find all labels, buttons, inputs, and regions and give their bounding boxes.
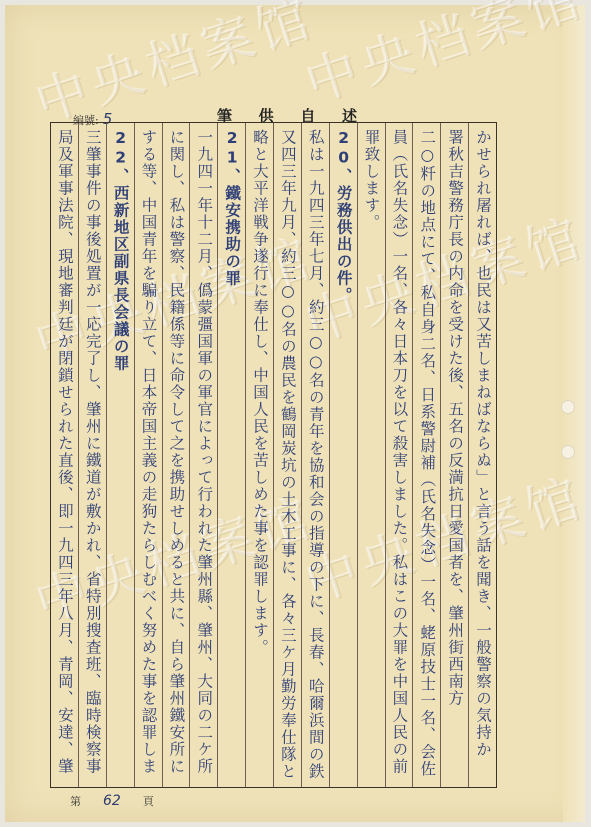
page-number: 62 <box>103 793 121 809</box>
text-column: 略と大平洋戦争遂行に奉仕し、中国人民を苦しめた事を認罪します。 <box>245 123 273 787</box>
watermark: 中央档案馆 <box>295 0 591 116</box>
section-heading-column: 22、西新地区副県長会議の罪 <box>106 123 134 787</box>
manuscript-grid: かせられ屠れば、也民は又苦しまねばならぬ」と言う話を聞き、一般警察の気持から、省… <box>50 122 497 788</box>
column-text: 又四三年九月、約三○○名の農民を鶴岡炭坑の土木工事に、各々三ケ月勤労奉仕隊として… <box>273 129 297 780</box>
column-text: 一九四一年十二月、僞蒙彊国軍の軍官によって行われた肇州縣、肇州、大同の二ケ所に於… <box>189 129 213 775</box>
text-column: 罪致します。 <box>357 123 385 787</box>
column-text: 局及軍事法院、現地審判廷が閉鎖せられた直後、即一九四三年八月、青岡、安達、肇東、… <box>51 129 74 775</box>
section-heading-column: 21、鐵安携助の罪 <box>217 123 245 787</box>
text-column: 員（氏名失念）一名、各々日本刀を以て殺害しました。私はこの大罪を中国人民の前に認 <box>385 123 413 787</box>
text-column: 又四三年九月、約三○○名の農民を鶴岡炭坑の土木工事に、各々三ケ月勤労奉仕隊として… <box>273 123 301 787</box>
column-text: に関し、私は警察、民籍係等に命令して之を携助せしめると共に、自ら肇州鐵安所に至り… <box>162 129 186 775</box>
column-text: する等、中国青年を騙り立て、日本帝国主義の走狗たらしむべく努めた事を認罪します。 <box>134 129 158 775</box>
text-column: 局及軍事法院、現地審判廷が閉鎖せられた直後、即一九四三年八月、青岡、安達、肇東、… <box>51 123 78 787</box>
page-suffix: 頁 <box>143 793 154 809</box>
column-text: かせられ屠れば、也民は又苦しまねばならぬ」と言う話を聞き、一般警察の気持から、省… <box>468 129 492 758</box>
punch-hole <box>561 400 575 414</box>
text-column: 一九四一年十二月、僞蒙彊国軍の軍官によって行われた肇州縣、肇州、大同の二ケ所に於… <box>189 123 217 787</box>
text-column: 署秋吉警務庁長の内命を受けた後、五名の反満抗日愛国者を、肇州街西南方 <box>440 123 468 787</box>
column-text: 21、鐵安携助の罪 <box>223 129 241 287</box>
text-column: する等、中国青年を騙り立て、日本帝国主義の走狗たらしむべく努めた事を認罪します。 <box>134 123 162 787</box>
column-text: 20、労務供出の件。 <box>335 129 353 304</box>
column-text: 略と大平洋戦争遂行に奉仕し、中国人民を苦しめた事を認罪します。 <box>251 129 269 656</box>
text-column: 私は一九四三年七月、約三○○名の青年を協和会の指導の下に、長春、哈爾浜間の鉄道複… <box>301 123 329 787</box>
page-footer: 第 62 頁 <box>70 793 154 809</box>
column-text: 二○粁の地点にて、私自身二名、日系警尉補（氏名失念）一名、蛯原技士一名、会佐社々 <box>412 129 436 778</box>
column-text: 三肇事件の事後処置が一応完了し、肇州に鐵道が敷かれ、省特別搜査班、臨時検察事務 <box>78 129 102 775</box>
page-prefix: 第 <box>70 793 81 809</box>
section-heading-column: 20、労務供出の件。 <box>329 123 357 787</box>
column-text: 罪致します。 <box>363 129 381 231</box>
punch-hole <box>561 445 575 459</box>
column-text: 員（氏名失念）一名、各々日本刀を以て殺害しました。私はこの大罪を中国人民の前に認 <box>385 129 409 775</box>
column-text: 22、西新地区副県長会議の罪 <box>112 129 130 372</box>
text-column: 三肇事件の事後処置が一応完了し、肇州に鐵道が敷かれ、省特別搜査班、臨時検察事務 <box>78 123 106 787</box>
text-column: かせられ屠れば、也民は又苦しまねばならぬ」と言う話を聞き、一般警察の気持から、省… <box>468 123 496 787</box>
column-text: 私は一九四三年七月、約三○○名の青年を協和会の指導の下に、長春、哈爾浜間の鉄道複… <box>301 129 325 780</box>
text-column: 二○粁の地点にて、私自身二名、日系警尉補（氏名失念）一名、蛯原技士一名、会佐社々 <box>412 123 440 787</box>
text-column: に関し、私は警察、民籍係等に命令して之を携助せしめると共に、自ら肇州鐵安所に至り… <box>162 123 190 787</box>
column-text: 署秋吉警務庁長の内命を受けた後、五名の反満抗日愛国者を、肇州街西南方 <box>446 129 464 707</box>
